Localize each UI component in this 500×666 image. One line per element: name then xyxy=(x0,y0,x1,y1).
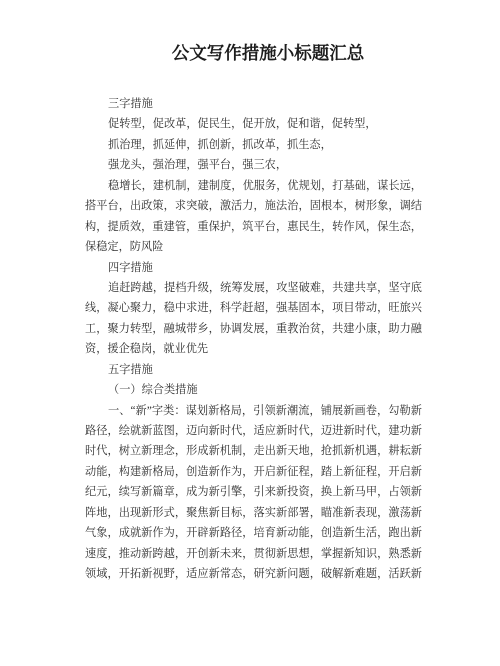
text-line: 抓治理，抓延伸，抓创新，抓改革，抓生态， xyxy=(85,135,422,155)
text-line: 搭平台，出政策，求突破，激活力，施法治，固根本，树形象，调结 xyxy=(85,196,422,216)
text-line: 速度，推动新跨越，开创新未来，贯彻新思想，掌握新知识，熟悉新 xyxy=(85,544,422,564)
text-line: （一）综合类措施 xyxy=(85,380,422,400)
document-body: 三字措施促转型，促改革，促民生，促开放，促和谐，促转型，抓治理，抓延伸，抓创新，… xyxy=(85,94,422,585)
text-line: 纪元，续写新篇章，成为新引擎，引来新投资，换上新马甲，占领新 xyxy=(85,482,422,502)
text-line: 工，聚力转型，融城带乡，协调发展，重教治贫，共建小康，助力融 xyxy=(85,319,422,339)
text-line: 一、“新”字类：谋划新格局，引领新潮流，铺展新画卷，勾勒新 xyxy=(85,401,422,421)
text-line: 动能，构建新格局，创造新作为，开启新征程，踏上新征程，开启新 xyxy=(85,462,422,482)
text-line: 促转型，促改革，促民生，促开放，促和谐，促转型， xyxy=(85,114,422,134)
document-page: 公文写作措施小标题汇总 三字措施促转型，促改革，促民生，促开放，促和谐，促转型，… xyxy=(0,0,500,666)
text-line: 稳增长，建机制，建制度，优服务，优规划，打基础，谋长远， xyxy=(85,176,422,196)
text-line: 三字措施 xyxy=(85,94,422,114)
text-line: 强龙头，强治理，强平台，强三农， xyxy=(85,155,422,175)
text-line: 领域，开拓新视野，适应新常态，研究新问题，破解新难题，活跃新 xyxy=(85,564,422,584)
text-line: 阵地，出现新形式，聚焦新目标，落实新部署，瞄准新表现，激荡新 xyxy=(85,503,422,523)
text-line: 保稳定，防风险 xyxy=(85,237,422,257)
text-line: 路径，绘就新蓝图，迈向新时代，适应新时代，迈进新时代，建功新 xyxy=(85,421,422,441)
text-line: 构，提质效，重建管，重保护，筑平台，惠民生，转作风，保生态， xyxy=(85,217,422,237)
text-line: 追赶跨越，提档升级，统筹发展，攻坚破难，共建共享，坚守底 xyxy=(85,278,422,298)
text-line: 资，援企稳岗，就业优先 xyxy=(85,339,422,359)
document-title: 公文写作措施小标题汇总 xyxy=(18,41,500,65)
text-line: 四字措施 xyxy=(85,258,422,278)
text-line: 气象，成就新作为，开辟新路径，培育新动能，创造新生活，跑出新 xyxy=(85,523,422,543)
text-line: 线，凝心聚力，稳中求进，科学赶超，强基固本，项目带动，旺旅兴 xyxy=(85,298,422,318)
text-line: 五字措施 xyxy=(85,360,422,380)
text-line: 时代，树立新理念，形成新机制，走出新天地，抢抓新机遇，耕耘新 xyxy=(85,441,422,461)
